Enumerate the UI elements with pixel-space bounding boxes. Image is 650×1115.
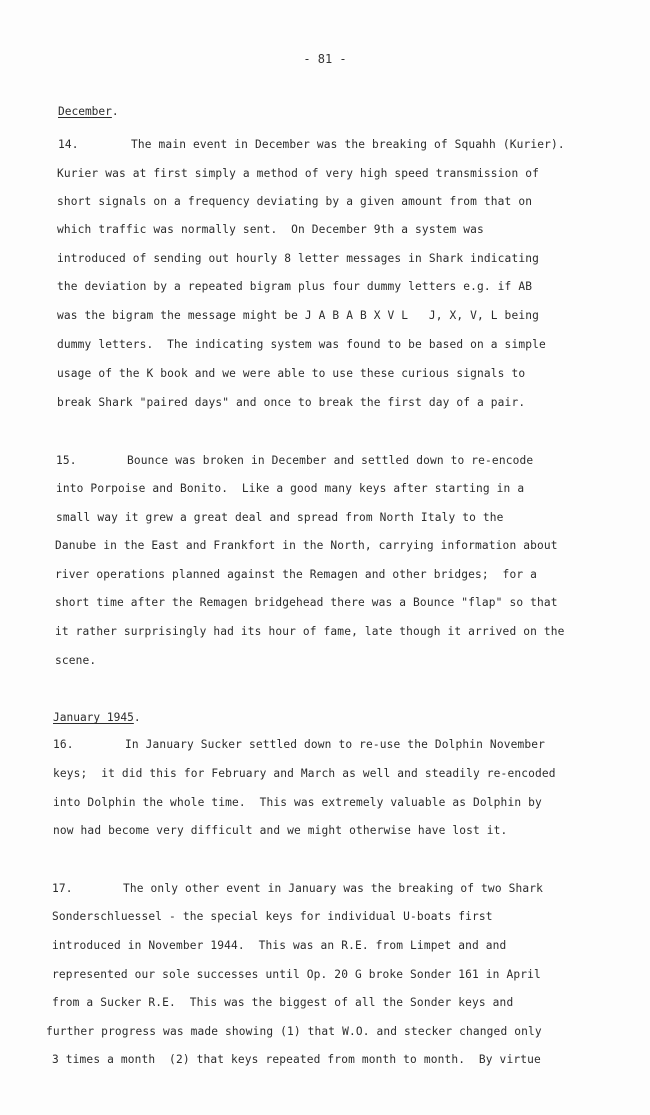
paragraph-line: short signals on a frequency deviating b… bbox=[57, 195, 532, 209]
paragraph-number: 16. bbox=[53, 738, 74, 752]
paragraph-line: river operations planned against the Rem… bbox=[55, 568, 537, 582]
heading-text: December bbox=[58, 105, 112, 118]
paragraph-line: Sonderschluessel - the special keys for … bbox=[52, 910, 493, 924]
heading-suffix: . bbox=[134, 711, 141, 724]
paragraph-line: dummy letters. The indicating system was… bbox=[57, 338, 546, 352]
paragraph-number: 15. bbox=[56, 454, 77, 468]
paragraph-line: short time after the Remagen bridgehead … bbox=[55, 596, 558, 610]
document-page: - 81 - December. 14. The main event in D… bbox=[0, 0, 650, 1115]
paragraph-line: represented our sole successes until Op.… bbox=[52, 968, 541, 982]
paragraph-line: scene. bbox=[55, 654, 96, 668]
heading-text: January 1945 bbox=[53, 711, 134, 724]
paragraph-line: Bounce was broken in December and settle… bbox=[127, 454, 533, 468]
paragraph-line: In January Sucker settled down to re-use… bbox=[125, 738, 545, 752]
paragraph-number: 17. bbox=[52, 882, 73, 896]
paragraph-line: Kurier was at first simply a method of v… bbox=[57, 167, 539, 181]
paragraph-line: which traffic was normally sent. On Dece… bbox=[57, 223, 484, 237]
paragraph-line: The main event in December was the break… bbox=[131, 138, 565, 152]
paragraph-line: into Dolphin the whole time. This was ex… bbox=[53, 796, 542, 810]
paragraph-number: 14. bbox=[58, 138, 79, 152]
paragraph-line: introduced of sending out hourly 8 lette… bbox=[57, 252, 539, 266]
section-heading-january-1945: January 1945. bbox=[53, 711, 141, 725]
paragraph-line: 3 times a month (2) that keys repeated f… bbox=[52, 1053, 541, 1067]
heading-suffix: . bbox=[112, 105, 119, 118]
paragraph-line: usage of the K book and we were able to … bbox=[57, 367, 525, 381]
paragraph-line: introduced in November 1944. This was an… bbox=[52, 939, 506, 953]
paragraph-line: from a Sucker R.E. This was the biggest … bbox=[52, 996, 513, 1010]
paragraph-line: into Porpoise and Bonito. Like a good ma… bbox=[56, 482, 524, 496]
paragraph-line: Danube in the East and Frankfort in the … bbox=[55, 539, 558, 553]
paragraph-line: The only other event in January was the … bbox=[123, 882, 543, 896]
paragraph-line: it rather surprisingly had its hour of f… bbox=[55, 625, 565, 639]
paragraph-line: was the bigram the message might be J A … bbox=[57, 309, 539, 323]
paragraph-line: further progress was made showing (1) th… bbox=[46, 1025, 542, 1039]
paragraph-line: break Shark "paired days" and once to br… bbox=[57, 396, 525, 410]
paragraph-line: the deviation by a repeated bigram plus … bbox=[57, 280, 532, 294]
paragraph-line: keys; it did this for February and March… bbox=[53, 767, 556, 781]
page-number: - 81 - bbox=[0, 52, 650, 66]
section-heading-december: December. bbox=[58, 105, 119, 119]
paragraph-line: now had become very difficult and we mig… bbox=[53, 824, 507, 838]
paragraph-line: small way it grew a great deal and sprea… bbox=[56, 511, 504, 525]
